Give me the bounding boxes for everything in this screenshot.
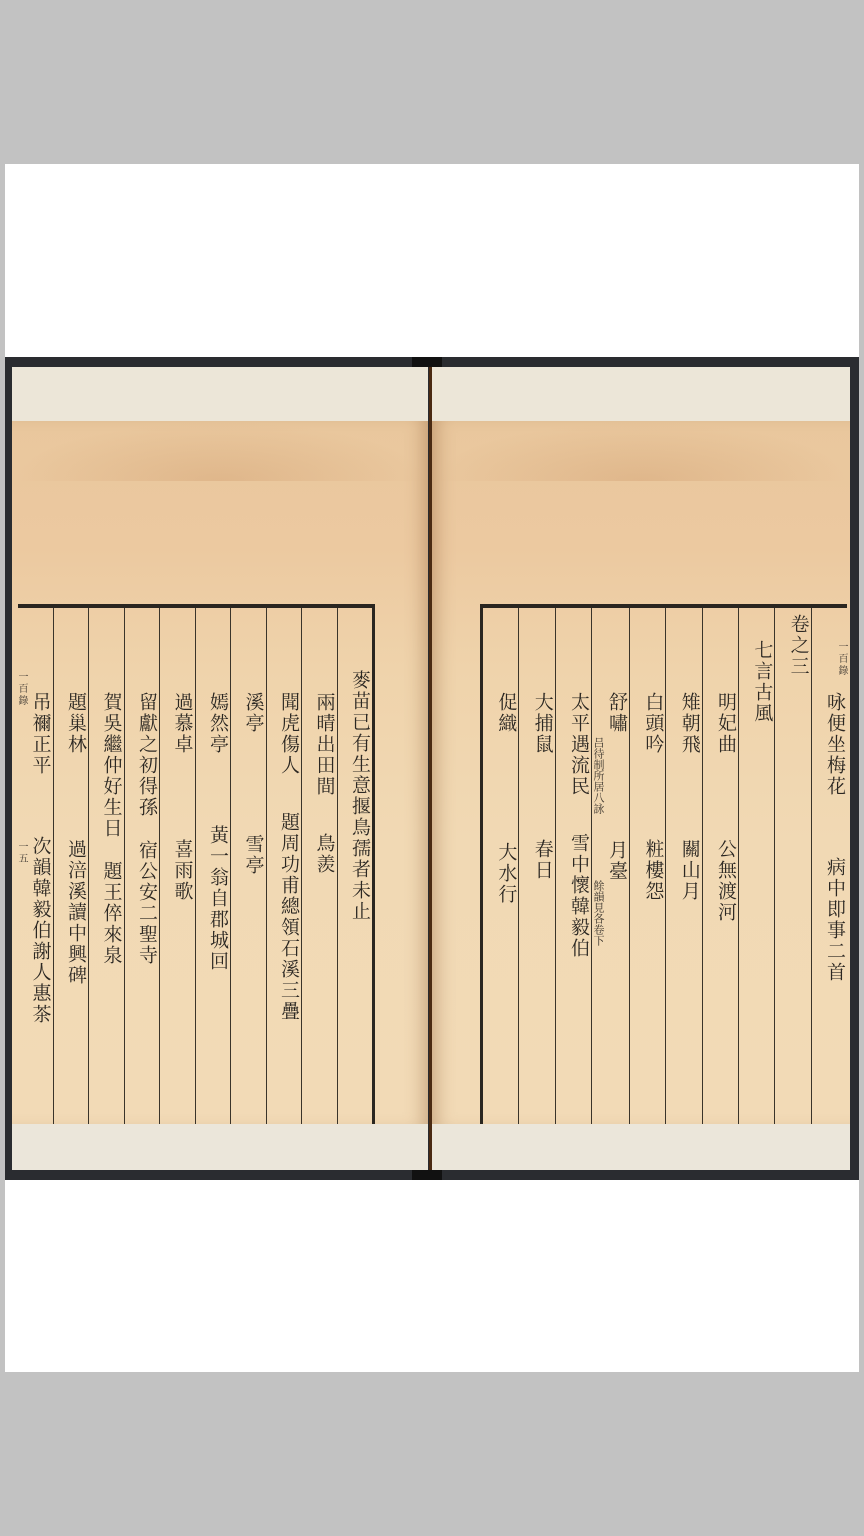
spine-tab-top [412, 357, 442, 367]
column-3: 聞虎傷人 題周功甫總領石溪三疊 [266, 608, 302, 1134]
column-3: 七言古風 [738, 608, 774, 1130]
poem-title: 喜雨歌 [171, 839, 195, 902]
column-10: 促織 大水行 [483, 608, 518, 1130]
poem-title: 大捕鼠 [531, 692, 555, 755]
column-5: 雉朝飛 關山月 [665, 608, 701, 1130]
left-page: 一百錄 一五 麥苗已有生意揠鳥孺者未止 兩晴出田間 鳥羨 聞虎傷人 題周功甫總領… [12, 367, 428, 1170]
poem-title: 次韻韓毅伯謝人惠茶 [29, 836, 53, 1025]
poem-title: 月臺 [605, 840, 629, 882]
poem-title: 過慕卓 [171, 692, 195, 755]
poem-title: 春日 [531, 839, 555, 881]
water-stain [12, 421, 428, 481]
poem-title: 兩晴出田間 [313, 692, 337, 797]
paper-area: 一百錄 咏便坐梅花 病中即事二首 卷之三 七言古風 明妃曲 [432, 421, 850, 1124]
spine-tab-bottom [412, 1170, 442, 1180]
column-1: 咏便坐梅花 病中即事二首 [811, 608, 847, 1130]
poem-title: 過涪溪讀中興碑 [64, 839, 88, 986]
bottom-margin-band [432, 1124, 850, 1170]
poem-title: 公無渡河 [714, 839, 738, 923]
poem-title: 吊禰正平 [29, 692, 53, 776]
poem-title: 麥苗已有生意揠鳥孺者未止 [348, 670, 372, 1134]
poem-title: 黃一翁自郡城回 [206, 825, 230, 972]
poem-title: 題王倅來泉 [100, 861, 124, 966]
poem-title: 聞虎傷人 [277, 692, 301, 776]
poem-title: 溪亭 [242, 692, 266, 734]
poem-title: 鳥羨 [313, 833, 337, 875]
section-heading: 七言古風 [750, 640, 774, 1130]
column-grid: 咏便坐梅花 病中即事二首 卷之三 七言古風 明妃曲 公無渡河 [483, 608, 847, 1130]
column-7: 舒嘯 吕待制所居八詠 月臺 餘韻見各卷下 [591, 608, 629, 1130]
right-page: 一百錄 咏便坐梅花 病中即事二首 卷之三 七言古風 明妃曲 [432, 367, 850, 1170]
column-2: 卷之三 [774, 608, 810, 1130]
column-7: 留獻之初得孫 宿公安二聖寺 [124, 608, 160, 1134]
annotation: 餘韻見各卷下 [592, 880, 604, 946]
column-6: 過慕卓 喜雨歌 [159, 608, 195, 1134]
poem-title: 宿公安二聖寺 [135, 840, 159, 966]
column-grid: 麥苗已有生意揠鳥孺者未止 兩晴出田間 鳥羨 聞虎傷人 題周功甫總領石溪三疊 [18, 608, 372, 1134]
poem-title: 雪亭 [242, 834, 266, 876]
poem-title: 促織 [494, 692, 518, 734]
annotation: 吕待制所居八詠 [592, 737, 604, 814]
bottom-margin-band [12, 1124, 428, 1170]
poem-title: 咏便坐梅花 [823, 692, 847, 797]
text-frame-left: 麥苗已有生意揠鳥孺者未止 兩晴出田間 鳥羨 聞虎傷人 題周功甫總領石溪三疊 [18, 604, 375, 1138]
poem-title: 賀吳繼仲好生日 [100, 692, 124, 839]
poem-title: 粧樓怨 [641, 839, 665, 902]
poem-title: 太平遇流民 [567, 692, 591, 797]
poem-title: 雪中懷韓毅伯 [567, 833, 591, 959]
poem-title: 關山月 [678, 839, 702, 902]
column-9: 題巢林 過涪溪讀中興碑 [53, 608, 89, 1134]
poem-title: 雉朝飛 [678, 692, 702, 755]
poem-title: 題巢林 [64, 692, 88, 755]
poem-title: 病中即事二首 [823, 857, 847, 983]
volume-heading: 卷之三 [787, 614, 811, 1130]
column-8: 太平遇流民 雪中懷韓毅伯 [555, 608, 591, 1130]
poem-title: 留獻之初得孫 [135, 692, 159, 818]
poem-title: 大水行 [494, 842, 518, 905]
column-9: 大捕鼠 春日 [518, 608, 554, 1130]
poem-title: 明妃曲 [714, 692, 738, 755]
poem-title: 題周功甫總領石溪三疊 [277, 812, 301, 1022]
column-4: 明妃曲 公無渡河 [702, 608, 738, 1130]
text-frame-right: 咏便坐梅花 病中即事二首 卷之三 七言古風 明妃曲 公無渡河 [480, 604, 847, 1134]
column-6: 白頭吟 粧樓怨 [629, 608, 665, 1130]
column-10: 吊禰正平 次韻韓毅伯謝人惠茶 [18, 608, 53, 1134]
poem-title: 舒嘯 [605, 692, 629, 734]
column-5: 嫣然亭 黃一翁自郡城回 [195, 608, 231, 1134]
top-margin-band [12, 367, 428, 421]
paper-area: 一百錄 一五 麥苗已有生意揠鳥孺者未止 兩晴出田間 鳥羨 聞虎傷人 題周功甫總領… [12, 421, 428, 1124]
poem-title: 白頭吟 [641, 692, 665, 755]
poem-title: 嫣然亭 [206, 692, 230, 755]
column-8: 賀吳繼仲好生日 題王倅來泉 [88, 608, 124, 1134]
top-margin-band [432, 367, 850, 421]
water-stain [432, 421, 850, 481]
column-2: 兩晴出田間 鳥羨 [301, 608, 337, 1134]
column-4: 溪亭 雪亭 [230, 608, 266, 1134]
column-1: 麥苗已有生意揠鳥孺者未止 [337, 608, 373, 1134]
